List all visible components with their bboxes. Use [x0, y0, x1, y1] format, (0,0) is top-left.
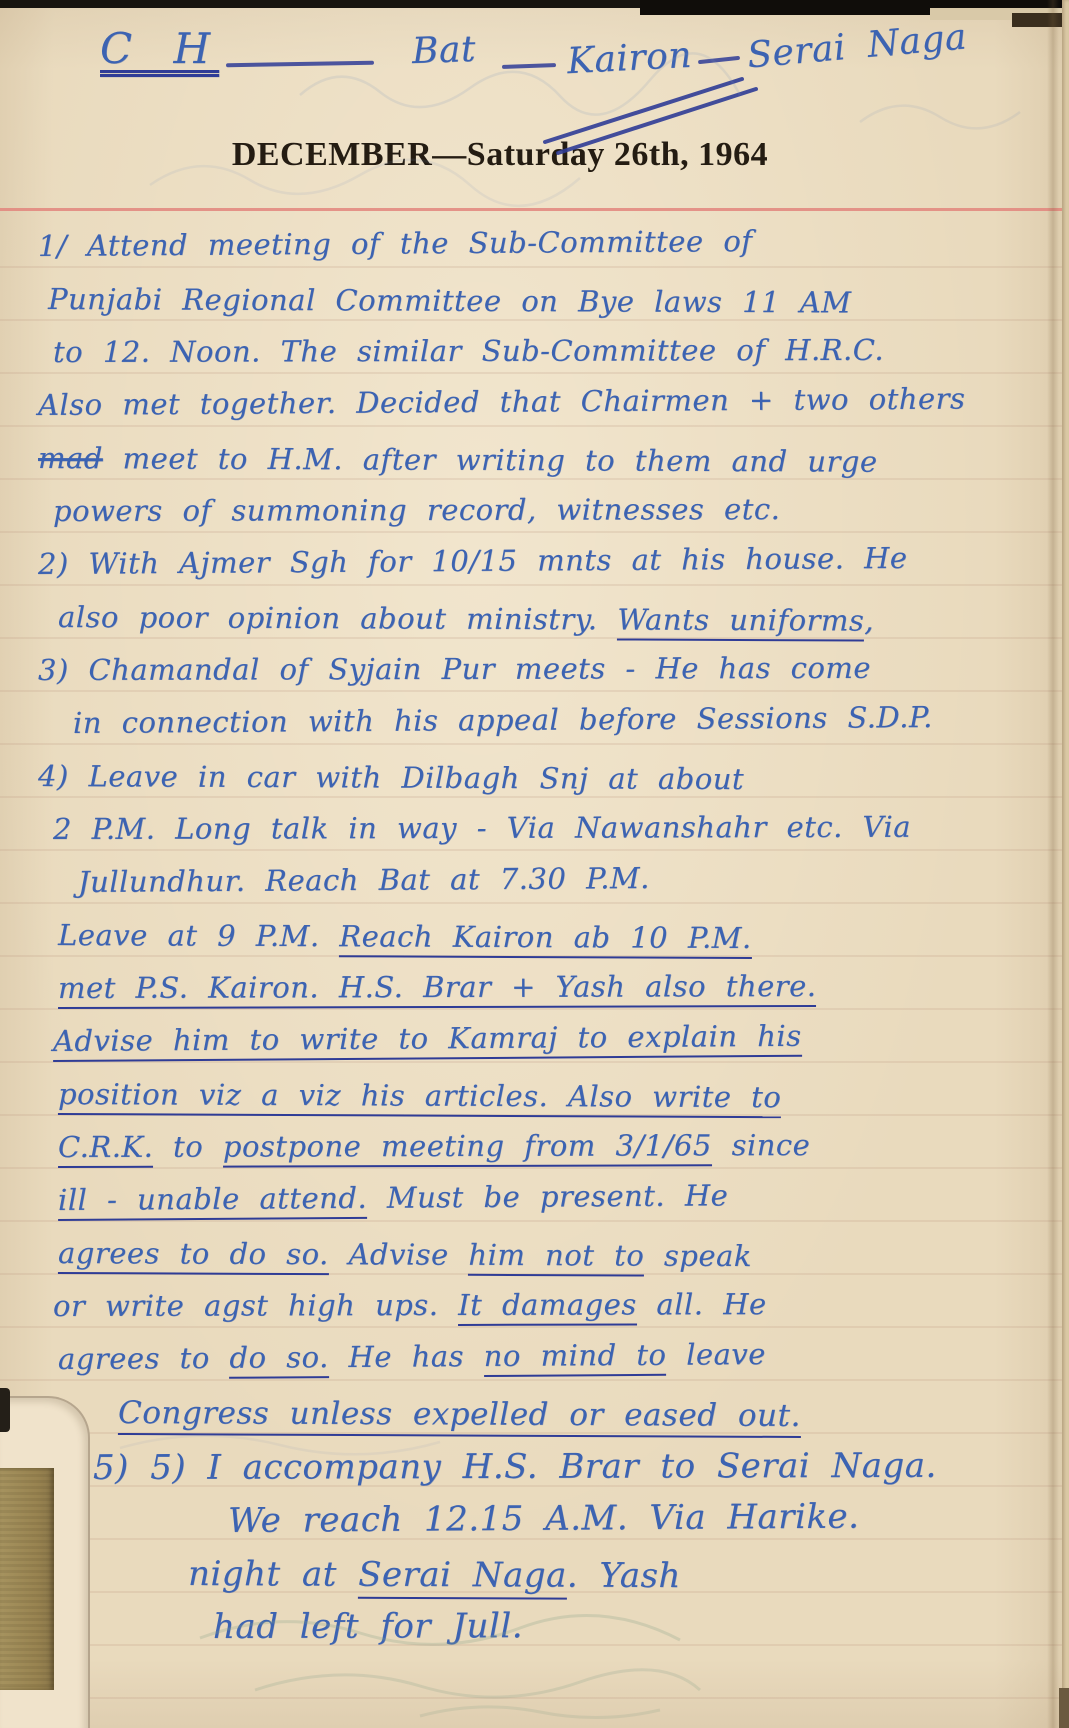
entry-line: Also met together. Decided that Chairmen…: [38, 382, 966, 430]
entry-text: ill - unable attend.: [58, 1181, 367, 1221]
entry-text: Reach Kairon ab 10 P.M.: [339, 919, 752, 959]
entry-line: also poor opinion about ministry. Wants …: [58, 600, 874, 646]
entry-text: Jullundhur. Reach Bat at 7.30 P.M.: [78, 861, 650, 899]
entry-line: 2) With Ajmer Sgh for 10/15 mnts at his …: [38, 541, 908, 589]
entry-text: had left for Jull.: [213, 1606, 523, 1647]
entry-text: to: [153, 1130, 223, 1164]
entry-text: Leave at 9 P.M.: [58, 918, 339, 953]
entry-text: position viz a viz his articles. Also wr…: [58, 1077, 781, 1118]
entry-line: Advise him to write to Kamraj to explain…: [53, 1019, 802, 1066]
entry-text: meet to H.M. after writing to them and u…: [103, 441, 878, 478]
entry-text: to 12. Noon. The similar Sub-Committee o…: [53, 333, 884, 369]
entry-text: Serai Naga: [358, 1555, 567, 1600]
entry-text: He has: [329, 1339, 484, 1374]
entry-line: position viz a viz his articles. Also wr…: [58, 1077, 781, 1122]
entry-line: had left for Jull.: [213, 1606, 523, 1649]
entry-text: leave: [666, 1337, 766, 1372]
entry-line: to 12. Noon. The similar Sub-Committee o…: [53, 333, 884, 377]
entry-text: also poor opinion about ministry.: [58, 600, 617, 636]
entry-text: mad: [38, 441, 103, 475]
entry-text: 2) With Ajmer Sgh for 10/15 mnts at his …: [38, 541, 908, 581]
entry-line: Leave at 9 P.M. Reach Kairon ab 10 P.M.: [58, 918, 752, 963]
entry-line: 5) 5) I accompany H.S. Brar to Serai Nag…: [93, 1446, 937, 1490]
tape-strip: [0, 1468, 54, 1690]
entry-text: or write agst high ups.: [53, 1288, 458, 1323]
entry-text: C.R.K.: [58, 1130, 153, 1168]
entry-text: in connection with his appeal before Ses…: [73, 700, 933, 740]
entry-text: Also met together. Decided that Chairmen…: [38, 382, 966, 422]
entry-line: night at Serai Naga. Yash: [188, 1554, 681, 1598]
entry-text: 2 P.M. Long talk in way - Via Nawanshahr…: [53, 810, 911, 846]
entry-text: 4) Leave in car with Dilbagh Snj at abou…: [38, 759, 744, 796]
entry-text: him not to: [468, 1238, 644, 1277]
entry-line: in connection with his appeal before Ses…: [73, 700, 933, 748]
entry-text: no mind to: [484, 1338, 667, 1377]
entry-text: Advise: [329, 1237, 469, 1272]
page-crease: [1047, 0, 1059, 1728]
diary-page: C H Bat Kairon Serai Naga DECEMBER—Satur…: [0, 0, 1069, 1728]
entry-line: 2 P.M. Long talk in way - Via Nawanshahr…: [53, 810, 911, 854]
entry-text: agrees to: [58, 1341, 230, 1376]
entry-text: speak: [644, 1239, 752, 1273]
entry-text: postpone meeting from 3/1/65: [223, 1128, 712, 1167]
entry-line: ill - unable attend. Must be present. He: [58, 1178, 729, 1225]
entry-line: C.R.K. to postpone meeting from 3/1/65 s…: [58, 1128, 810, 1172]
entry-line: Punjabi Regional Committee on Bye laws 1…: [48, 282, 852, 328]
entry-line: 3) Chamandal of Syjain Pur meets - He ha…: [38, 651, 871, 695]
entry-line: agrees to do so. Advise him not to speak: [58, 1236, 752, 1281]
entry-text: 3) Chamandal of Syjain Pur meets - He ha…: [38, 651, 871, 687]
entry-line: powers of summoning record, witnesses et…: [53, 492, 780, 536]
entry-text: powers of summoning record, witnesses et…: [53, 492, 780, 528]
entry-text: night at: [188, 1554, 358, 1595]
entry-line: We reach 12.15 A.M. Via Harike.: [228, 1497, 860, 1543]
entry-text: 1/ Attend meeting of the Sub-Committee o…: [38, 224, 753, 263]
page-right-edge-shadow: [1059, 1688, 1069, 1728]
entry-text: do so.: [229, 1340, 329, 1379]
entry-line: or write agst high ups. It damages all. …: [53, 1287, 767, 1331]
entry-line: Congress unless expelled or eased out.: [118, 1395, 801, 1440]
entry-line: 1/ Attend meeting of the Sub-Committee o…: [38, 224, 753, 271]
entry-text: 5) 5) I accompany H.S. Brar to Serai Nag…: [93, 1446, 937, 1488]
entry-lines: 1/ Attend meeting of the Sub-Committee o…: [0, 0, 1069, 1728]
entry-text: all. He: [637, 1287, 767, 1321]
entry-text: Advise him to write to Kamraj to explain…: [53, 1019, 802, 1062]
entry-text: Wants uniforms: [617, 602, 864, 641]
binding-gap: [0, 1388, 10, 1432]
entry-text: Congress unless expelled or eased out.: [118, 1395, 801, 1438]
entry-text: Punjabi Regional Committee on Bye laws 1…: [48, 282, 852, 320]
entry-line: 4) Leave in car with Dilbagh Snj at abou…: [38, 759, 744, 804]
entry-line: agrees to do so. He has no mind to leave: [58, 1337, 766, 1384]
entry-line: Jullundhur. Reach Bat at 7.30 P.M.: [78, 861, 650, 907]
entry-text: It damages: [458, 1287, 637, 1325]
entry-line: met P.S. Kairon. H.S. Brar + Yash also t…: [58, 969, 817, 1013]
page-right-edge: [1062, 0, 1069, 1728]
scan-edge-corner: [1012, 13, 1069, 27]
entry-text: Must be present. He: [367, 1178, 728, 1215]
entry-text: We reach 12.15 A.M. Via Harike.: [228, 1497, 860, 1541]
entry-text: since: [712, 1128, 811, 1162]
entry-text: agrees to do so.: [58, 1236, 329, 1275]
entry-text: . Yash: [567, 1556, 681, 1596]
entry-line: mad meet to H.M. after writing to them a…: [38, 441, 878, 487]
entry-text: met P.S. Kairon. H.S. Brar + Yash also t…: [58, 969, 817, 1009]
entry-text: ,: [864, 604, 874, 638]
